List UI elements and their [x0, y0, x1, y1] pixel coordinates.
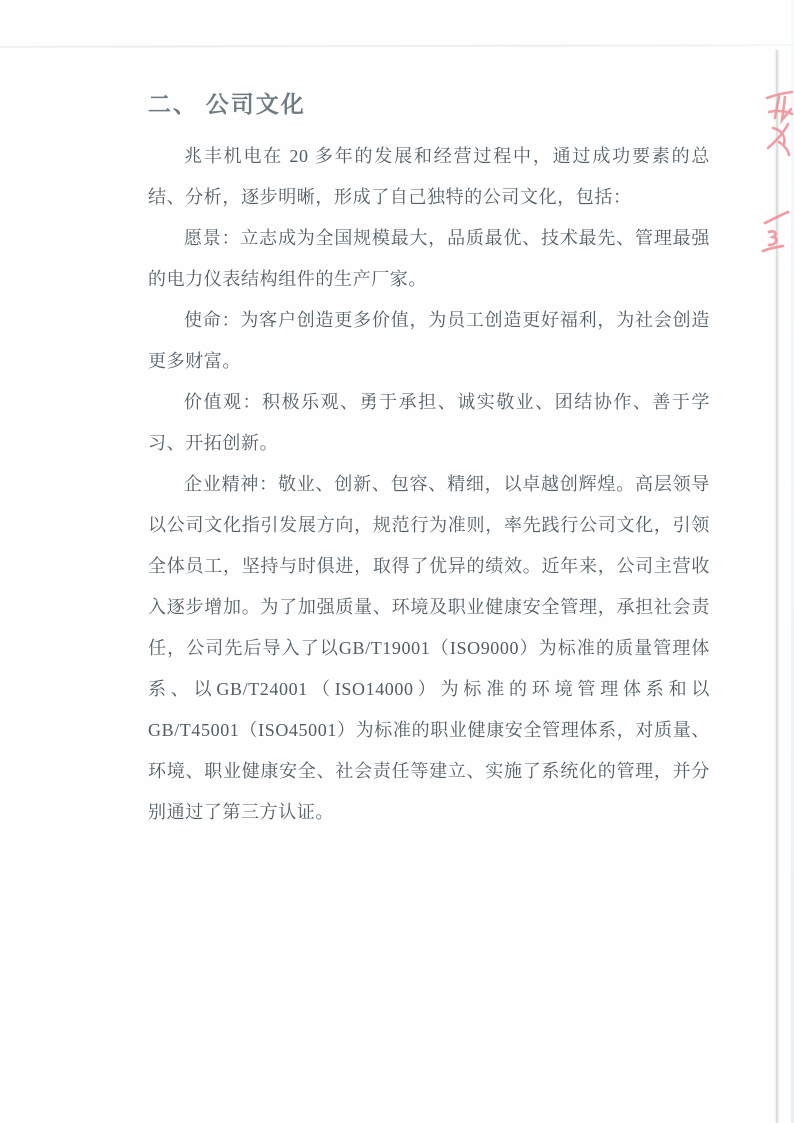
- paragraph-spirit: 企业精神：敬业、创新、包容、精细，以卓越创辉煌。高层领导以公司文化指引发展方向，…: [148, 464, 710, 833]
- scanned-document-page: 二、 公司文化 兆丰机电在 20 多年的发展和经营过程中，通过成功要素的总结、分…: [0, 0, 794, 1123]
- handwritten-red-mark-mid: [755, 200, 794, 260]
- section-text: 兆丰机电在 20 多年的发展和经营过程中，通过成功要素的总结、分析，逐步明晰，形…: [148, 136, 710, 833]
- scan-crease-line: [0, 44, 794, 48]
- paragraph-values: 价值观：积极乐观、勇于承担、诚实敬业、团结协作、善于学习、开拓创新。: [148, 382, 710, 464]
- paragraph-vision: 愿景：立志成为全国规模最大，品质最优、技术最先、管理最强的电力仪表结构组件的生产…: [148, 218, 710, 300]
- paragraph-intro: 兆丰机电在 20 多年的发展和经营过程中，通过成功要素的总结、分析，逐步明晰，形…: [148, 136, 710, 218]
- handwritten-red-mark-top: [755, 82, 794, 162]
- paragraph-mission: 使命：为客户创造更多价值，为员工创造更好福利，为社会创造更多财富。: [148, 300, 710, 382]
- document-body: 二、 公司文化 兆丰机电在 20 多年的发展和经营过程中，通过成功要素的总结、分…: [148, 88, 710, 833]
- section-heading: 二、 公司文化: [148, 88, 710, 122]
